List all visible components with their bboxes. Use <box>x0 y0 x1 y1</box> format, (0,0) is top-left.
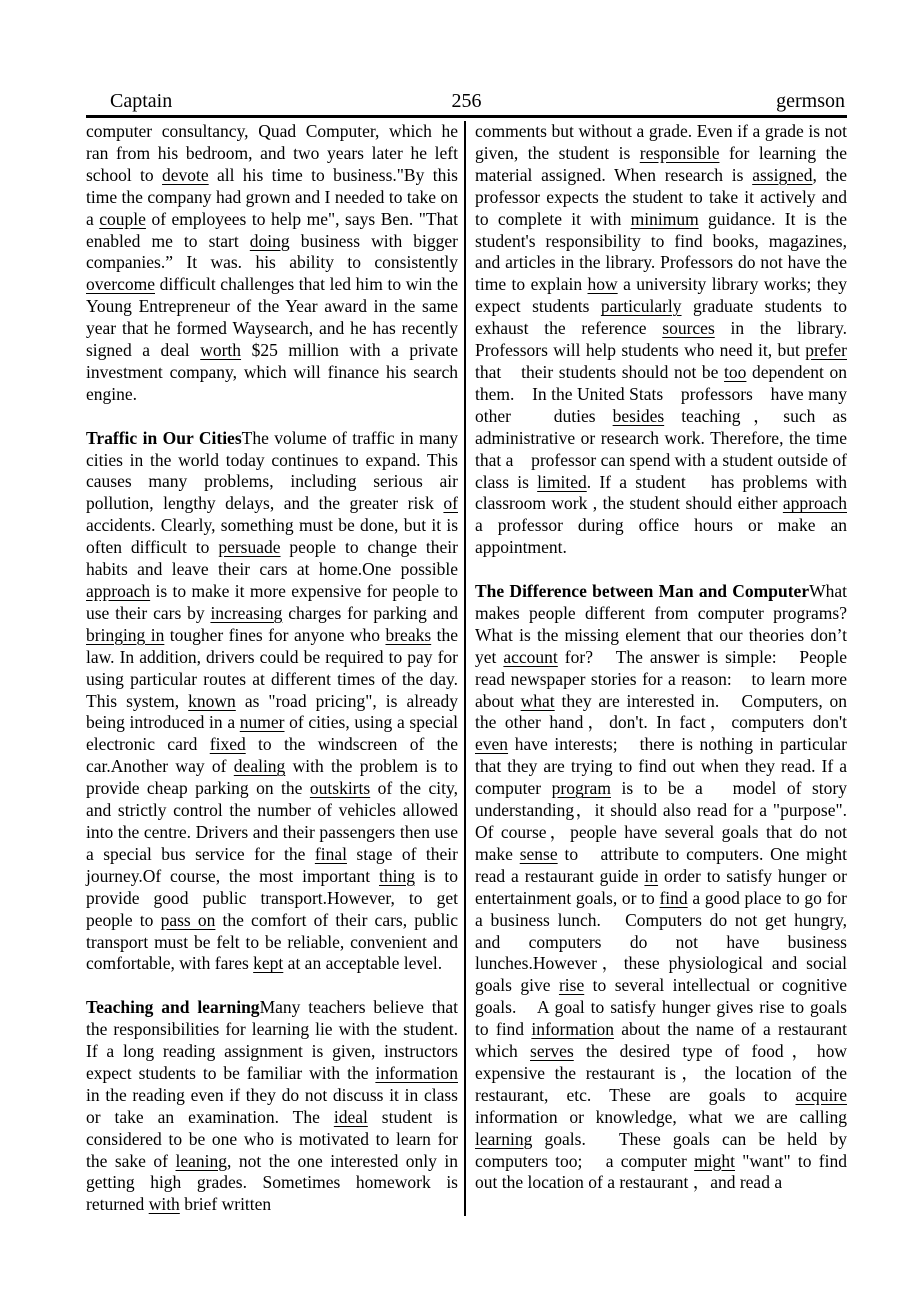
underlined-word: known <box>188 691 236 711</box>
underlined-word: in <box>644 866 658 886</box>
paragraph: comments but without a grade. Even if a … <box>475 121 847 559</box>
underlined-word: assigned <box>752 165 812 185</box>
underlined-word: account <box>503 647 557 667</box>
underlined-word: information <box>375 1063 458 1083</box>
underlined-word: breaks <box>385 625 431 645</box>
two-column-layout: computer consultancy, Quad Computer, whi… <box>86 121 847 1216</box>
underlined-word: responsible <box>640 143 720 163</box>
underlined-word: even <box>475 734 508 754</box>
header-left-text: Captain <box>110 90 172 112</box>
underlined-word: sources <box>662 318 714 338</box>
underlined-word: couple <box>99 209 146 229</box>
paragraph: Teaching and learningMany teachers belie… <box>86 997 458 1216</box>
underlined-word: rise <box>559 975 584 995</box>
page-header: Captain 256 germson <box>86 92 847 118</box>
text-run: tougher fines for anyone who <box>164 625 385 645</box>
text-run: a professor during office hours or make … <box>475 515 847 557</box>
paragraph: The Difference between Man and ComputerW… <box>475 581 847 1194</box>
text-run: at an acceptable level. <box>283 953 442 973</box>
underlined-word: acquire <box>796 1085 848 1105</box>
underlined-word: dealing <box>234 756 286 776</box>
underlined-word: numer <box>240 712 285 732</box>
text-run: that their students should not be <box>475 362 724 382</box>
underlined-word: how <box>588 274 618 294</box>
underlined-word: of <box>443 493 458 513</box>
text-run: charges for parking and <box>282 603 458 623</box>
underlined-word: overcome <box>86 274 155 294</box>
text-run: information or knowledge, what we are ca… <box>475 1107 847 1127</box>
underlined-word: devote <box>162 165 209 185</box>
underlined-word: minimum <box>631 209 699 229</box>
underlined-word: find <box>659 888 687 908</box>
header-right-text: germson <box>776 90 845 112</box>
underlined-word: approach <box>86 581 150 601</box>
underlined-word: might <box>694 1151 735 1171</box>
underlined-word: pass on <box>161 910 216 930</box>
paragraph-heading: The Difference between Man and Computer <box>475 581 809 601</box>
underlined-word: ideal <box>334 1107 368 1127</box>
page-number: 256 <box>452 90 482 112</box>
underlined-word: worth <box>200 340 241 360</box>
underlined-word: persuade <box>218 537 280 557</box>
paragraph-heading: Traffic in Our Cities <box>86 428 242 448</box>
underlined-word: leaning <box>175 1151 227 1171</box>
underlined-word: thing <box>379 866 415 886</box>
underlined-word: prefer <box>805 340 847 360</box>
underlined-word: particularly <box>601 296 682 316</box>
underlined-word: sense <box>520 844 558 864</box>
text-run: brief written <box>180 1194 271 1214</box>
underlined-word: doing <box>250 231 290 251</box>
underlined-word: fixed <box>210 734 246 754</box>
paragraph: computer consultancy, Quad Computer, whi… <box>86 121 458 406</box>
underlined-word: kept <box>253 953 283 973</box>
underlined-word: learning <box>475 1129 532 1149</box>
underlined-word: besides <box>613 406 665 426</box>
underlined-word: outskirts <box>310 778 370 798</box>
paragraph: Traffic in Our CitiesThe volume of traff… <box>86 428 458 976</box>
underlined-word: final <box>315 844 347 864</box>
underlined-word: too <box>724 362 746 382</box>
underlined-word: bringing in <box>86 625 164 645</box>
right-column: comments but without a grade. Even if a … <box>466 121 847 1216</box>
paragraph-heading: Teaching and learning <box>86 997 260 1017</box>
underlined-word: increasing <box>210 603 282 623</box>
underlined-word: limited <box>537 472 587 492</box>
left-column: computer consultancy, Quad Computer, whi… <box>86 121 464 1216</box>
underlined-word: serves <box>530 1041 574 1061</box>
underlined-word: with <box>149 1194 180 1214</box>
underlined-word: program <box>552 778 611 798</box>
underlined-word: information <box>531 1019 614 1039</box>
document-page: Captain 256 germson computer consultancy… <box>0 0 920 1306</box>
underlined-word: what <box>521 691 555 711</box>
underlined-word: approach <box>783 493 847 513</box>
